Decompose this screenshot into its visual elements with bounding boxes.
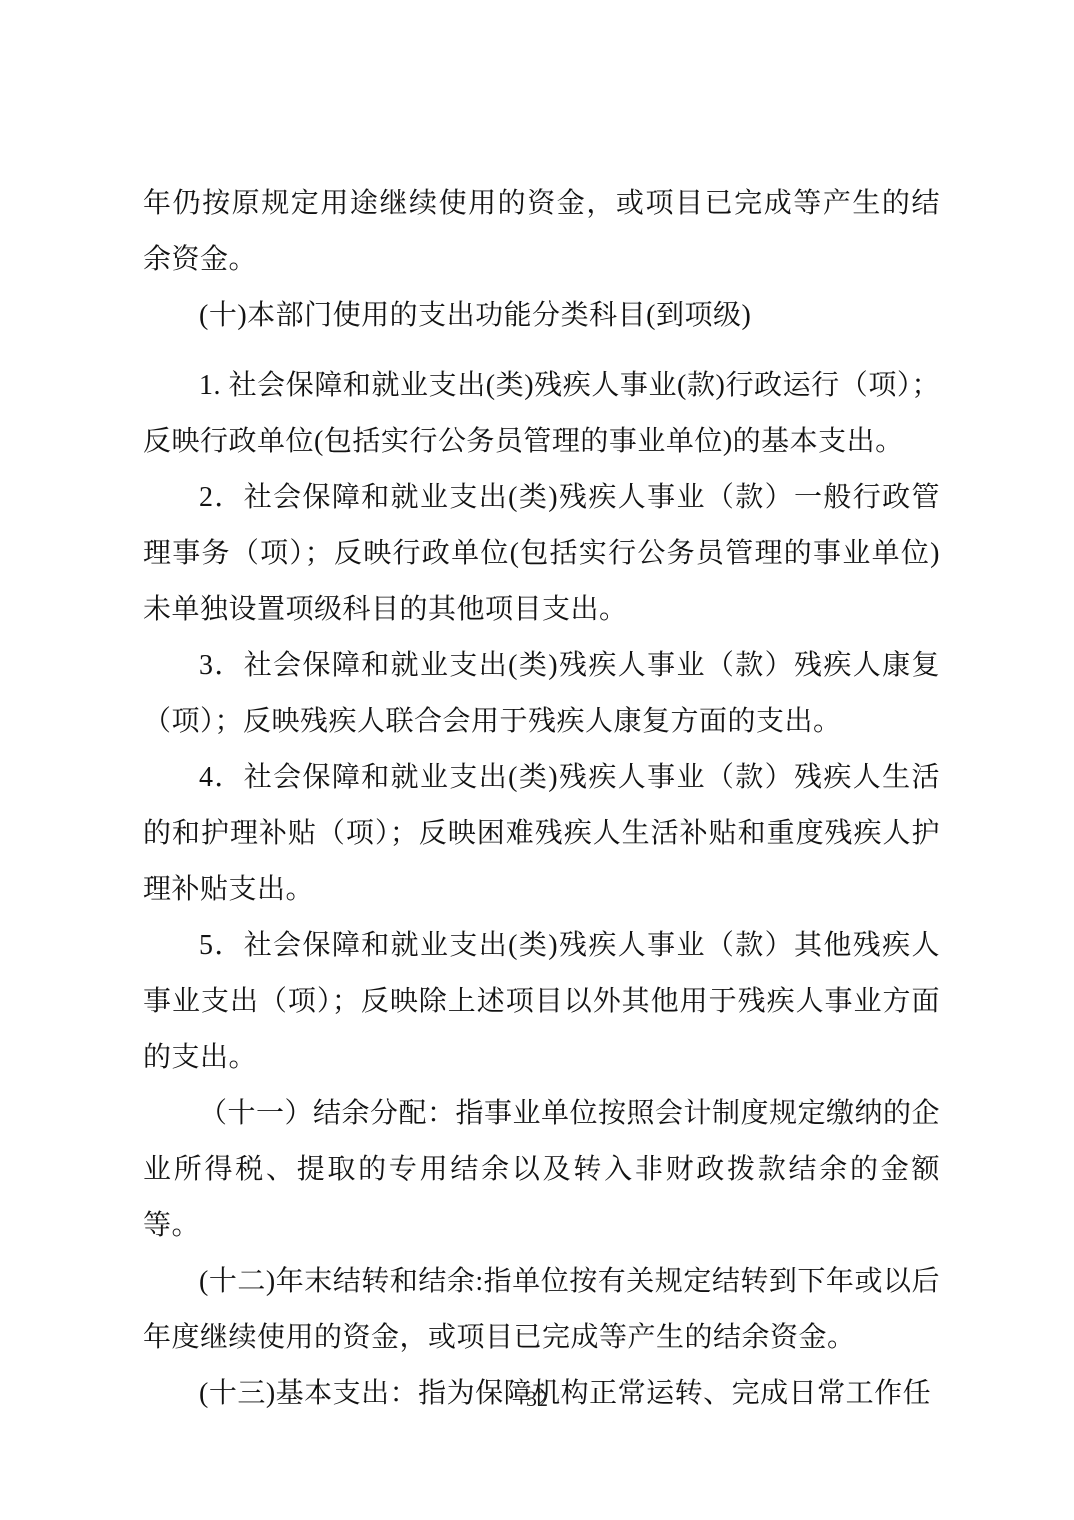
paragraph: 1. 社会保障和就业支出(类)残疾人事业(款)行政运行（项）；反映行政单位(包括… [143,358,940,470]
paragraph: 年仍按原规定用途继续使用的资金，或项目已完成等产生的结余资金。 [143,176,940,288]
document-page: 年仍按原规定用途继续使用的资金，或项目已完成等产生的结余资金。(十)本部门使用的… [0,0,1074,1520]
paragraph: 3．社会保障和就业支出(类)残疾人事业（款）残疾人康复（项）；反映残疾人联合会用… [143,638,940,750]
paragraph: （十一）结余分配：指事业单位按照会计制度规定缴纳的企业所得税、提取的专用结余以及… [143,1086,940,1254]
paragraph: 4．社会保障和就业支出(类)残疾人事业（款）残疾人生活的和护理补贴（项）；反映困… [143,750,940,918]
paragraph: (十二)年末结转和结余:指单位按有关规定结转到下年或以后年度继续使用的资金，或项… [143,1254,940,1366]
page-number: 32 [0,1386,1074,1412]
paragraph: 2．社会保障和就业支出(类)残疾人事业（款）一般行政管理事务（项）；反映行政单位… [143,470,940,638]
paragraph: 5．社会保障和就业支出(类)残疾人事业（款）其他残疾人事业支出（项）；反映除上述… [143,918,940,1086]
document-body: 年仍按原规定用途继续使用的资金，或项目已完成等产生的结余资金。(十)本部门使用的… [143,0,940,1422]
paragraph: (十)本部门使用的支出功能分类科目(到项级) [143,288,940,344]
